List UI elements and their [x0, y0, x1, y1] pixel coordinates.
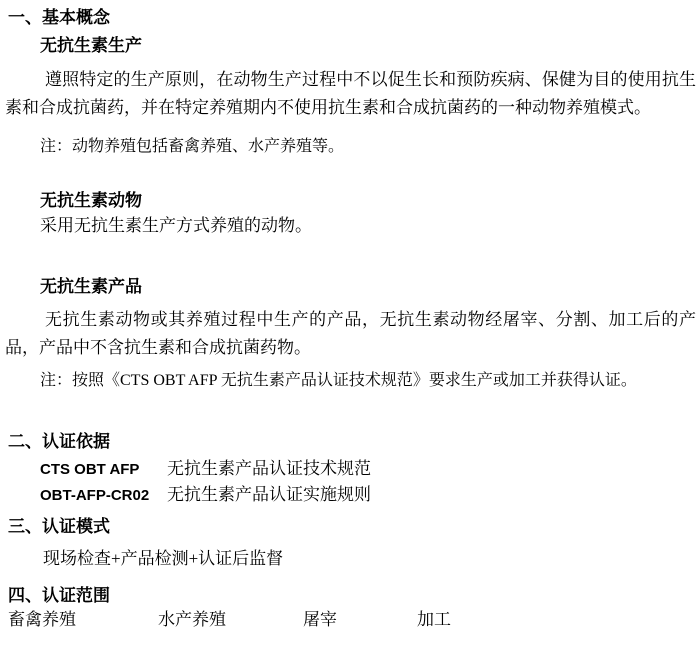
basis-row: CTS OBT AFP无抗生素产品认证技术规范: [40, 456, 700, 482]
certification-mode-text: 现场检查+产品检测+认证后监督: [43, 549, 700, 569]
section-3-heading: 三、认证模式: [8, 518, 700, 536]
concept-title-antibiotic-free-animal: 无抗生素动物: [40, 192, 700, 210]
document-page: 一、基本概念 无抗生素生产 遵照特定的生产原则，在动物生产过程中不以促生长和预防…: [0, 0, 700, 649]
basis-code: OBT-AFP-CR02: [40, 483, 167, 508]
concept-paragraph-production: 遵照特定的生产原则，在动物生产过程中不以促生长和预防疾病、保健为目的使用抗生素和…: [5, 66, 696, 122]
section-2-heading: 二、认证依据: [8, 433, 700, 451]
basis-title: 无抗生素产品认证技术规范: [167, 459, 371, 478]
concept-title-antibiotic-free-product: 无抗生素产品: [40, 278, 700, 296]
section-1-heading: 一、基本概念: [8, 9, 700, 27]
concept-note-product: 注：按照《CTS OBT AFP 无抗生素产品认证技术规范》要求生产或加工并获得…: [40, 372, 700, 389]
concept-title-antibiotic-free-production: 无抗生素生产: [40, 37, 700, 55]
certification-scope-row: 畜禽养殖水产养殖屠宰加工: [8, 610, 700, 630]
scope-item-livestock: 畜禽养殖: [8, 610, 158, 630]
concept-note-production: 注：动物养殖包括畜禽养殖、水产养殖等。: [40, 138, 700, 155]
concept-body-animal: 采用无抗生素生产方式养殖的动物。: [40, 215, 700, 236]
scope-item-processing: 加工: [417, 610, 451, 630]
certification-basis-list: CTS OBT AFP无抗生素产品认证技术规范 OBT-AFP-CR02无抗生素…: [40, 456, 700, 508]
concept-paragraph-product: 无抗生素动物或其养殖过程中生产的产品，无抗生素动物经屠宰、分割、加工后的产品，产…: [5, 306, 696, 362]
scope-item-aquaculture: 水产养殖: [158, 610, 303, 630]
basis-code: CTS OBT AFP: [40, 457, 167, 482]
section-4-heading: 四、认证范围: [8, 587, 700, 605]
scope-item-slaughter: 屠宰: [303, 610, 417, 630]
basis-row: OBT-AFP-CR02无抗生素产品认证实施规则: [40, 482, 700, 508]
basis-title: 无抗生素产品认证实施规则: [167, 485, 371, 504]
